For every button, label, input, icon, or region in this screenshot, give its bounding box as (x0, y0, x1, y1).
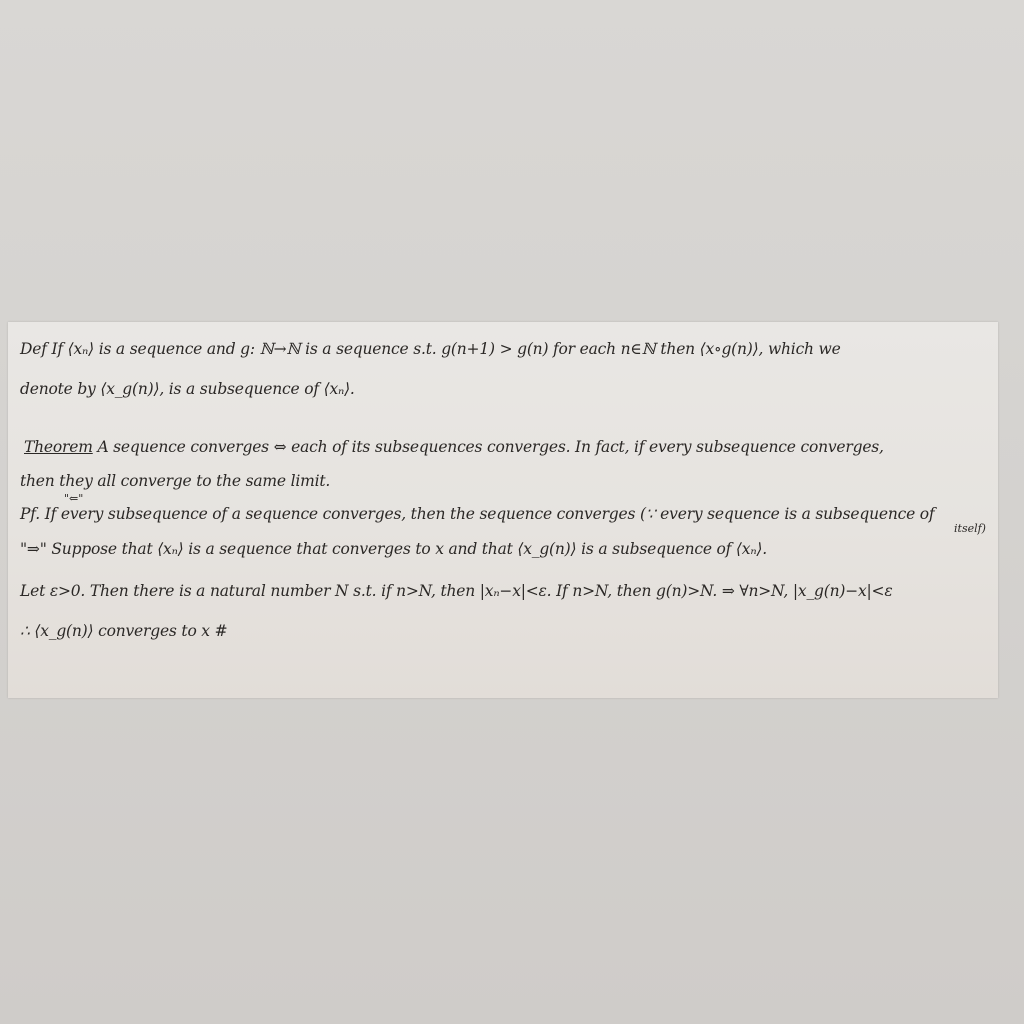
theorem-label: Theorem (24, 438, 93, 456)
itself-note: itself) (954, 522, 986, 535)
proof-line-1: Pf. If every subsequence of a sequence c… (20, 505, 934, 523)
proof-label: Pf. (20, 505, 40, 523)
definition-line-2: denote by ⟨x_g(n)⟩, is a subsequence of … (20, 380, 355, 398)
proof-text-2: "⇒" Suppose that ⟨xₙ⟩ is a sequence that… (20, 540, 767, 558)
proof-line-3: Let ε>0. Then there is a natural number … (20, 582, 892, 600)
theorem-text-2: then they all converge to the same limit… (20, 472, 330, 490)
theorem-line-1: Theorem A sequence converges ⇔ each of i… (24, 438, 884, 456)
definition-line-1: Def If ⟨xₙ⟩ is a sequence and g: ℕ→ℕ is … (20, 340, 841, 358)
definition-text-2: denote by ⟨x_g(n)⟩, is a subsequence of … (20, 380, 355, 398)
reverse-direction-note: "⇐" (64, 492, 83, 505)
proof-text-4: ∴ ⟨x_g(n)⟩ converges to x # (20, 622, 227, 640)
theorem-line-2: then they all converge to the same limit… (20, 472, 330, 490)
theorem-text-1: A sequence converges ⇔ each of its subse… (97, 438, 883, 456)
proof-line-2: "⇒" Suppose that ⟨xₙ⟩ is a sequence that… (20, 540, 767, 558)
proof-text-1: If every subsequence of a sequence conve… (45, 505, 935, 523)
definition-text-1: Def If ⟨xₙ⟩ is a sequence and g: ℕ→ℕ is … (20, 340, 841, 358)
proof-line-4: ∴ ⟨x_g(n)⟩ converges to x # (20, 622, 227, 640)
proof-text-3: Let ε>0. Then there is a natural number … (20, 582, 892, 600)
handwritten-paper: Def If ⟨xₙ⟩ is a sequence and g: ℕ→ℕ is … (8, 322, 998, 698)
